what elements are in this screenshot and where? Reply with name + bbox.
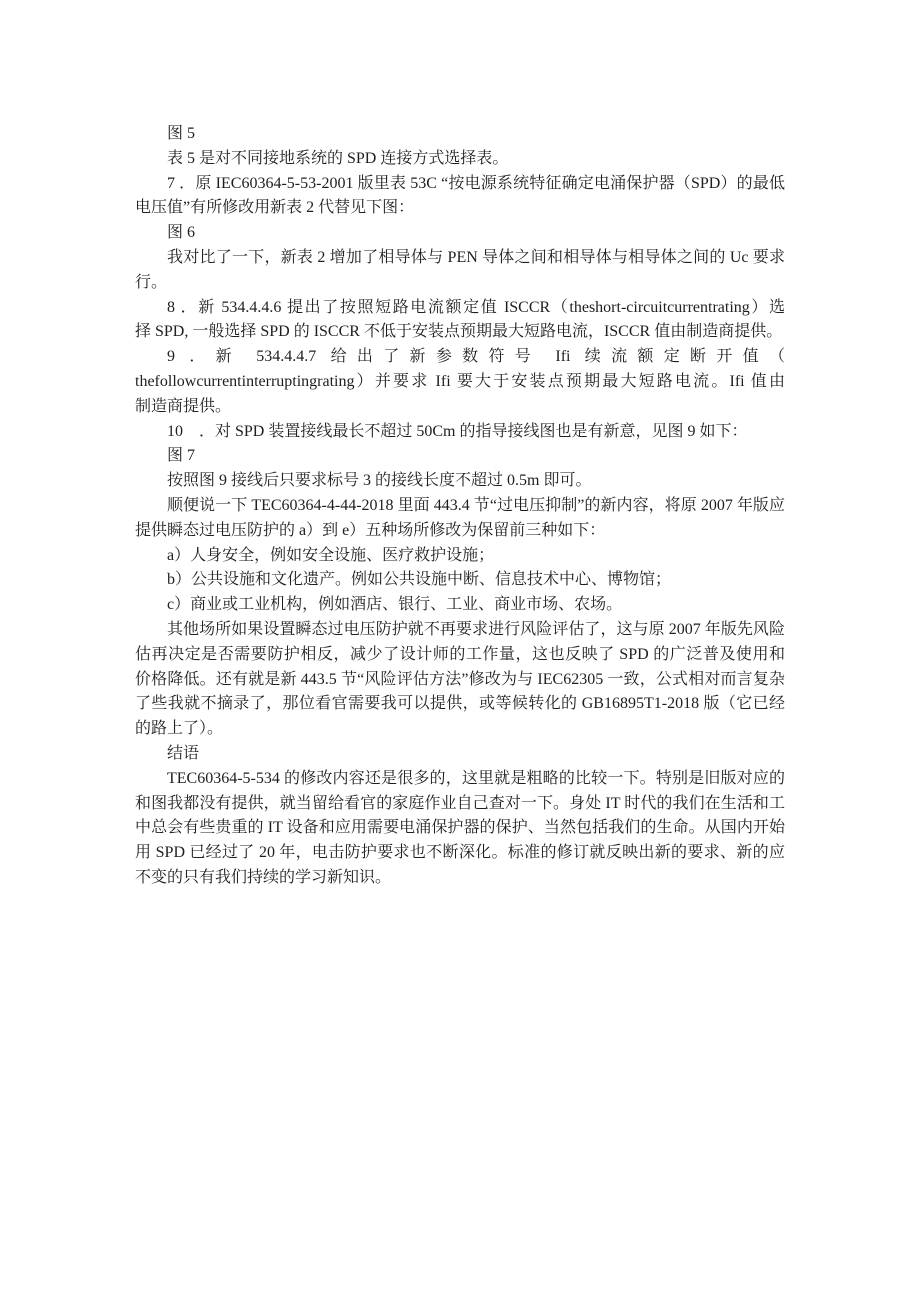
text-line: 不变的只有我们持续的学习新知识。 [135,866,785,891]
text-line: 电压值”有所修改用新表 2 代替见下图： [135,196,785,221]
text-line: a）人身安全，例如安全设施、医疗救护设施； [135,544,785,569]
text-line: 图 7 [135,444,785,469]
text-line: b）公共设施和文化遗产。例如公共设施中断、信息技术中心、博物馆； [135,568,785,593]
text-line: 和图我都没有提供，就当留给看官的家庭作业自己查对一下。身处 IT 时代的我们在生… [135,792,785,817]
text-line: 7 ．原 IEC60364-5-53-2001 版里表 53C “按电源系统特征… [135,172,785,197]
text-line: 行。 [135,271,785,296]
text-line: 的路上了）。 [135,717,785,742]
text-line: c）商业或工业机构，例如酒店、银行、工业、商业市场、农场。 [135,593,785,618]
text-line: 8 ．新 534.4.4.6 提出了按照短路电流额定值 ISCCR（thesho… [135,296,785,321]
text-line: 图 6 [135,221,785,246]
text-line: 用 SPD 已经过了 20 年，电击防护要求也不断深化。标准的修订就反映出新的要… [135,841,785,866]
text-line: thefollowcurrentinterruptingrating）并要求 I… [135,370,785,395]
text-line: 中总会有些贵重的 IT 设备和应用需要电涌保护器的保护、当然包括我们的生命。从国… [135,816,785,841]
text-line: 择 SPD, 一般选择 SPD 的 ISCCR 不低于安装点预期最大短路电流，I… [135,320,785,345]
text-line: 表 5 是对不同接地系统的 SPD 连接方式选择表。 [135,147,785,172]
text-line: 10 ．对 SPD 装置接线最长不超过 50Cm 的指导接线图也是有新意，见图 … [135,420,785,445]
text-line: 估再决定是否需要防护相反，减少了设计师的工作量，这也反映了 SPD 的广泛普及使… [135,643,785,668]
text-line: 我对比了一下，新表 2 增加了相导体与 PEN 导体之间和相导体与相导体之间的 … [135,246,785,271]
text-line: 制造商提供。 [135,395,785,420]
text-line: 价格降低。还有就是新 443.5 节“风险评估方法”修改为与 IEC62305 … [135,668,785,693]
text-line: TEC60364-5-534 的修改内容还是很多的，这里就是粗略的比较一下。特别… [135,767,785,792]
text-line: 结语 [135,742,785,767]
text-line: 9 ．新 534.4.4.7 给出了新参数符号 Ifi 续流额定断开值（ [135,345,785,370]
text-line: 提供瞬态过电压防护的 a）到 e）五种场所修改为保留前三种如下： [135,519,785,544]
text-line: 顺便说一下 TEC60364-4-44-2018 里面 443.4 节“过电压抑… [135,494,785,519]
text-line: 图 5 [135,122,785,147]
document-page: 图 5表 5 是对不同接地系统的 SPD 连接方式选择表。7 ．原 IEC603… [0,0,920,1301]
text-line: 其他场所如果设置瞬态过电压防护就不再要求进行风险评估了，这与原 2007 年版先… [135,618,785,643]
text-line: 了些我就不摘录了，那位看官需要我可以提供，或等候转化的 GB16895T1-20… [135,692,785,717]
document-text-block: 图 5表 5 是对不同接地系统的 SPD 连接方式选择表。7 ．原 IEC603… [135,122,785,891]
text-line: 按照图 9 接线后只要求标号 3 的接线长度不超过 0.5m 即可。 [135,469,785,494]
